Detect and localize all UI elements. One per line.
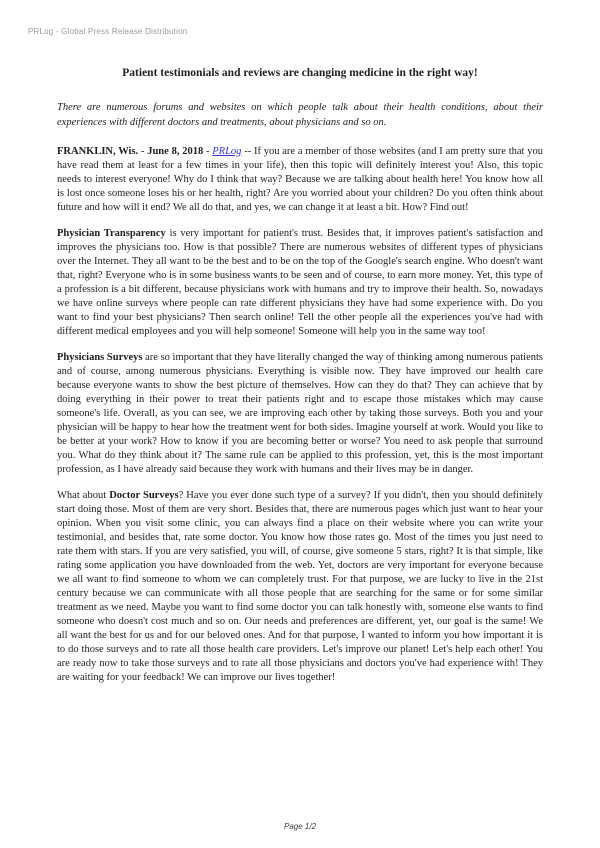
paragraph: Physician Transparency is very important…	[57, 227, 543, 339]
page-number: Page 1/2	[0, 822, 600, 831]
text-run: Physician Transparency	[57, 228, 166, 239]
text-run: Physicians Surveys	[57, 352, 142, 363]
document-body: Patient testimonials and reviews are cha…	[57, 66, 543, 697]
site-header: PRLog - Global Press Release Distributio…	[28, 27, 187, 36]
text-run: June 8, 2018	[147, 146, 203, 157]
text-run: ? Have you ever done such type of a surv…	[57, 490, 543, 683]
text-run: Doctor Surveys	[109, 490, 178, 501]
prlog-link[interactable]: PRLog	[212, 146, 241, 157]
text-run: FRANKLIN, Wis.	[57, 146, 138, 157]
paragraph: FRANKLIN, Wis. - June 8, 2018 - PRLog --…	[57, 145, 543, 215]
text-run: -	[203, 146, 212, 157]
article-body: FRANKLIN, Wis. - June 8, 2018 - PRLog --…	[57, 145, 543, 685]
text-run: What about	[57, 490, 109, 501]
press-release-page: PRLog - Global Press Release Distributio…	[0, 0, 600, 848]
text-run: are so important that they have literall…	[57, 352, 543, 475]
paragraph: What about Doctor Surveys? Have you ever…	[57, 489, 543, 685]
intro-summary: There are numerous forums and websites o…	[57, 100, 543, 130]
text-run: is very important for patient's trust. B…	[57, 228, 543, 337]
paragraph: Physicians Surveys are so important that…	[57, 351, 543, 477]
text-run: -	[138, 146, 147, 157]
page-title: Patient testimonials and reviews are cha…	[57, 66, 543, 80]
